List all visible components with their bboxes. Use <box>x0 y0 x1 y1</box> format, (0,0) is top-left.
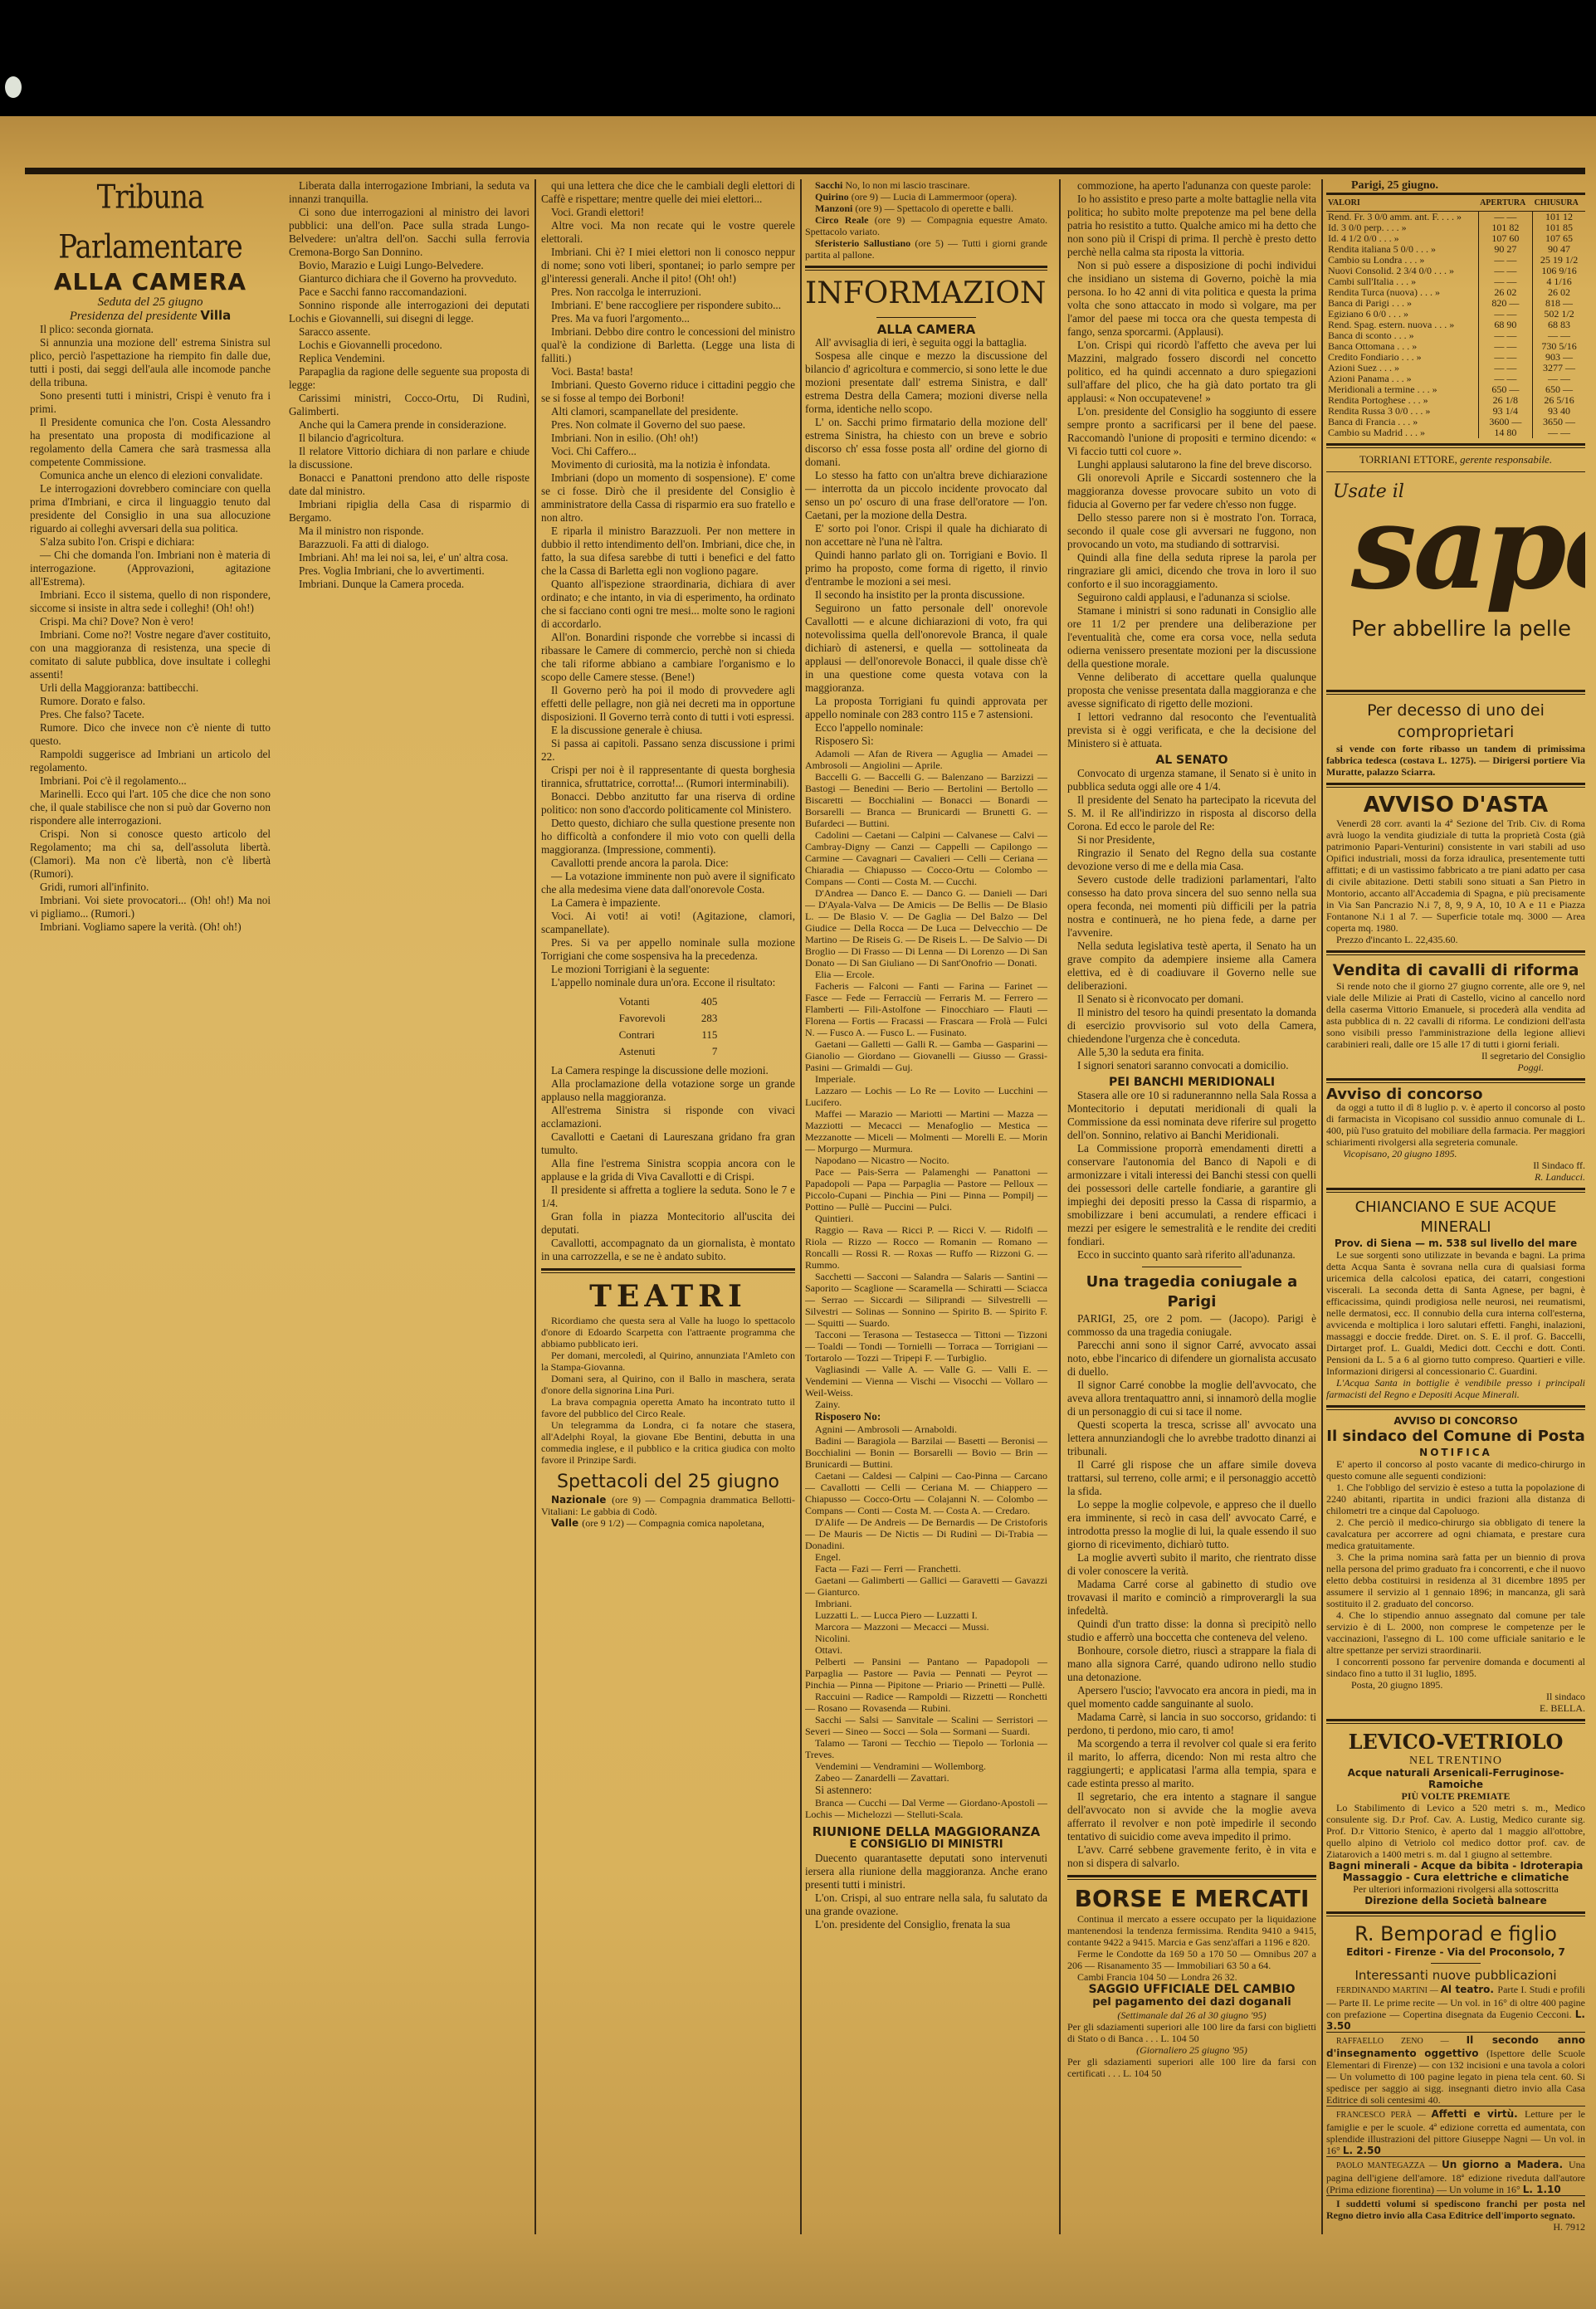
manager-name: TORRIANI ETTORE, <box>1359 453 1457 466</box>
paragraph: Nella seduta legislativa testè aperta, i… <box>1067 940 1316 993</box>
theatre-listing: Quirino (ore 9) — Lucia di Lammermoor (o… <box>805 191 1047 203</box>
vote-names: Marcora — Mazzoni — Mecacci — Mussi. <box>805 1621 1047 1633</box>
paragraph: All' avvisaglia di ieri, è seguita oggi … <box>805 336 1047 349</box>
show-listing: Nazionale (ore 9) — Compagnia drammatica… <box>541 1494 795 1517</box>
paragraph: Il plico: seconda giornata. <box>30 323 271 336</box>
vote-names: Sacchetti — Sacconi — Salandra — Salaris… <box>805 1271 1047 1329</box>
binding-hole-top <box>5 76 22 98</box>
vote-si-names: Adamoli — Afan de Rivera — Agugliа — Ama… <box>805 748 1047 1410</box>
horses-signature-role: Il segretario del Consiglio <box>1326 1050 1585 1062</box>
paragraph: Le interrogazioni dovrebbero cominciare … <box>30 482 271 535</box>
venue-name: Sferisterio Sallustiano <box>815 237 915 249</box>
paragraph: Ecco l'appello nominale: <box>805 721 1047 735</box>
paragraph: Imbriani. Vogliamo sapere la verità. (Oh… <box>30 920 271 934</box>
column-rule <box>534 179 536 2234</box>
divider <box>1326 783 1585 788</box>
divider <box>805 266 1047 271</box>
vote-count: 115 <box>700 1028 719 1042</box>
levico-contact: Per ulteriori informazioni rivolgersi al… <box>1326 1883 1585 1895</box>
paragraph: Bonacci e Panattoni prendono atto delle … <box>289 471 530 498</box>
vote-names: Baccelli G. — Baccelli G. — Balenzano — … <box>805 771 1047 829</box>
paragraph: I lettori vedranno dal resoconto che l'e… <box>1067 710 1316 750</box>
divider <box>1326 1188 1585 1193</box>
paragraph: Bonacci. Debbo anzitutto far una riserva… <box>541 790 795 817</box>
paragraph: Lochis e Giovannelli procedono. <box>289 339 530 352</box>
auction-title: AVVISO D'ASTA <box>1326 793 1585 818</box>
vote-names: D'Alife — De Andreis — De Bernardis — De… <box>805 1516 1047 1551</box>
auction-ad: AVVISO D'ASTA Venerdì 28 corr. avanti la… <box>1326 793 1585 945</box>
column-rule <box>1059 179 1061 2234</box>
quotes-header-open: APERTURA <box>1478 194 1532 212</box>
manager-line: TORRIANI ETTORE, gerente responsabile. <box>1326 453 1585 466</box>
paragraph: Gran folla in piazza Montecitorio all'us… <box>541 1210 795 1237</box>
levico-services1: Bagni minerali - Acque da bibita - Idrot… <box>1326 1860 1585 1872</box>
crispi-speech: commozione, ha aperto l'adunanza con que… <box>1067 179 1316 750</box>
levico-ad: LEVICO-VETRIOLO NEL TRENTINO Acque natur… <box>1326 1729 1585 1906</box>
paragraph: L'on. Crispi, al suo entrare nella sala,… <box>805 1892 1047 1918</box>
vote-names: Facheris — Falconi — Fanti — Farina — Fa… <box>805 980 1047 1038</box>
vote-names: Tacconi — Terasona — Testasecca — Titton… <box>805 1329 1047 1364</box>
vote-names: Raccuini — Radice — Rampoldi — Rizzetti … <box>805 1691 1047 1714</box>
paragraph: Seguirono un fatto personale dell' onore… <box>805 602 1047 695</box>
vote-names: Facta — Fazi — Ferri — Franchetti. <box>805 1563 1047 1574</box>
levico-title: LEVICO-VETRIOLO <box>1326 1729 1585 1755</box>
paragraph: Il ministro del tesoro ha quindi present… <box>1067 1006 1316 1046</box>
vote-names: Maffei — Marazio — Mariotti — Martini — … <box>805 1108 1047 1154</box>
paragraph: L'on. presidente del Consiglio, frenata … <box>805 1918 1047 1931</box>
vote-names: Raggio — Rava — Ricci P. — Ricci V. — Ri… <box>805 1224 1047 1271</box>
informazioni-heading: INFORMAZIONI <box>805 276 1047 312</box>
paragraph: Lo stesso ha fatto con un'altra breve di… <box>805 469 1047 522</box>
paragraph: Imbriani (dopo un momento di sospensione… <box>541 471 795 525</box>
horses-title: Vendita di cavalli di riforma <box>1326 960 1585 980</box>
vote-no-names: Agnini — Ambrosoli — Arnaboldi.Badini — … <box>805 1423 1047 1784</box>
paragraph: Pres. Non colmate il Governo del suo pae… <box>541 418 795 432</box>
theatre-listings: Sacchi No, lo non mi lascio trascinare.Q… <box>805 179 1047 261</box>
paragraph: Parapaglia da ragione delle seguente sua… <box>289 365 530 392</box>
bemporad-ad: R. Bemporad e figlio Editori - Firenze -… <box>1326 1921 1585 2233</box>
paragraph: Cambi Francia 104 50 — Londra 26 32. <box>1067 1971 1316 1983</box>
paragraph: Pres. Si va per appello nominale sulla m… <box>541 936 795 963</box>
paragraph: Replica Vendemini. <box>289 352 530 365</box>
paragraph: Madama Carrè, si lancia in suo soccorso,… <box>1067 1711 1316 1737</box>
quote-open: — — <box>1478 212 1532 223</box>
senate-text: Convocato di urgenza stamane, il Senato … <box>1067 767 1316 1072</box>
divider <box>541 1268 795 1273</box>
book-author: PAOLO MANTEGAZZA — <box>1336 2161 1442 2170</box>
book-author: FRANCESCO PERÀ — <box>1336 2111 1431 2120</box>
bemporad-section: Interessanti nuove pubblicazioni <box>1326 1969 1585 1982</box>
paragraph: Urli della Maggioranza: battibecchi. <box>30 681 271 695</box>
paragraph: Crispi. Non si conosce questo articolo d… <box>30 827 271 881</box>
pharmacist-signature-role: Il Sindaco ff. <box>1326 1159 1585 1171</box>
paragraph: Duecento quarantasette deputati sono int… <box>805 1852 1047 1892</box>
newspaper-page: Tribuna Parlamentare ALLA CAMERA Seduta … <box>0 116 1596 2309</box>
paragraph: Imbriani. Chi è? I miei elettori non li … <box>541 246 795 286</box>
sapol-tagline: Per abbellire la pelle <box>1351 622 1571 636</box>
levico-signature: Direzione della Società balneare <box>1326 1895 1585 1906</box>
theatre-paragraph: Domani sera, al Quirino, con il Ballo in… <box>541 1373 795 1396</box>
ornament <box>1142 1267 1242 1267</box>
posta-place-date: Posta, 20 giugno 1895. <box>1326 1679 1585 1691</box>
paragraph: Ferme le Condotte da 169 50 a 170 50 — O… <box>1067 1948 1316 1971</box>
paragraph: Barazzuoli. Fa atti di dialogo. <box>289 538 530 551</box>
paragraph: Rampoldi suggerisce ad Imbriani un artic… <box>30 748 271 774</box>
vote-names: Napodano — Nicastro — Nocito. <box>805 1154 1047 1166</box>
vote-result-row: Favorevoli283 <box>618 1011 719 1026</box>
horses-signature-name: Poggi. <box>1326 1062 1585 1073</box>
paragraph: Saracco assente. <box>289 325 530 339</box>
paragraph: Parecchi anni sono il signor Carré, avvo… <box>1067 1339 1316 1379</box>
pharmacist-signature-name: R. Landucci. <box>1326 1171 1585 1183</box>
quote-row: Rend. Fr. 3 0/0 amm. ant. F. . . . »— —1… <box>1326 212 1585 223</box>
book-price: L. 1.10 <box>1523 2184 1561 2195</box>
column-ads: Parigi, 25 giugno. VALORI APERTURA CHIUS… <box>1326 179 1585 2243</box>
paragraph: E riparla il ministro Barazzuoli. Per no… <box>541 525 795 578</box>
divider <box>1326 443 1585 448</box>
vote-names: Agnini — Ambrosoli — Arnaboldi. <box>805 1423 1047 1435</box>
paragraph: Carissimi ministri, Cocco-Ortu, Di Rudin… <box>289 392 530 418</box>
paragraph: L'on. presidente del Consiglio ha soggiu… <box>1067 405 1316 458</box>
paragraph: Pres. Ma va fuori l'argomento... <box>541 312 795 325</box>
paragraph: Imbriani. Questo Governo riduce i cittad… <box>541 378 795 405</box>
session-date: Seduta del 25 giugno <box>30 295 271 309</box>
paragraph: Ci sono due interrogazioni al ministro d… <box>289 206 530 259</box>
paragraph: Dello stesso parere non si è mostrato l'… <box>1067 511 1316 551</box>
president-name: Villa <box>200 308 231 323</box>
quote-name: Rend. Fr. 3 0/0 amm. ant. F. . . . » <box>1326 212 1478 223</box>
quote-close: — — <box>1533 427 1585 438</box>
book-entry: PAOLO MANTEGAZZA — Un giorno a Madera. U… <box>1326 2159 1585 2196</box>
paragraph: Voci. Chi Caffero... <box>541 445 795 458</box>
theatre-paragraph: La brava compagnia operetta Amato ha inc… <box>541 1396 795 1419</box>
vote-names: Engel. <box>805 1551 1047 1563</box>
vote-names: Adamoli — Afan de Rivera — Agugliа — Ama… <box>805 748 1047 771</box>
vote-names: Nicolini. <box>805 1633 1047 1644</box>
venue-name: Valle <box>551 1517 582 1529</box>
vote-names: Elia — Ercole. <box>805 969 1047 980</box>
exchange-period: (Settimanale dal 26 al 30 giugno '95) <box>1067 2009 1316 2021</box>
banks-heading: PEI BANCHI MERIDIONALI <box>1067 1076 1316 1089</box>
paragraph: Ma il ministro non risponde. <box>289 525 530 538</box>
theatre-paragraph: Per domani, mercoledì, al Quirino, annun… <box>541 1350 795 1373</box>
paragraph: Ringrazio il Senato del Regno della sua … <box>1067 847 1316 873</box>
paragraph: Pace e Sacchi fanno raccomandazioni. <box>289 286 530 299</box>
paragraph: Bonhoure, corsole dietro, riuscì a strap… <box>1067 1644 1316 1684</box>
paragraph: Non si può essere a disposizione di poch… <box>1067 259 1316 339</box>
theatre-listing: Sacchi No, lo non mi lascio trascinare. <box>805 179 1047 191</box>
paragraph: Seguirono caldi applausi, e l'adunanza s… <box>1067 591 1316 604</box>
paragraph: Io ho assistito e preso parte a molte ba… <box>1067 193 1316 259</box>
paragraph: Stasera alle ore 10 si radunerannno nell… <box>1067 1089 1316 1142</box>
column-rule <box>1321 179 1323 2234</box>
posta-condition: 4. Che lo stipendio annuo assegnato dal … <box>1326 1609 1585 1656</box>
top-rule <box>25 168 1585 174</box>
sapol-brand: sapol <box>1351 486 1585 610</box>
vote-names: Vendemini — Vendramini — Wollemborg. <box>805 1760 1047 1772</box>
parliament-report-cont: Liberata dalla interrogazione Imbriani, … <box>289 179 530 591</box>
paragraph: Quanto all'ispezione straordinaria, dich… <box>541 578 795 631</box>
vote-names: Caetani — Caldesi — Calpini — Cao-Pinna … <box>805 1470 1047 1516</box>
vote-names: Vagliasindi — Valle A. — Valle G. — Vall… <box>805 1364 1047 1399</box>
paragraph: Imbriani. Ecco il sistema, quello di non… <box>30 588 271 615</box>
paragraph: commozione, ha aperto l'adunanza con que… <box>1067 179 1316 193</box>
paragraph: Ma scorgendo a terra il revolver col qua… <box>1067 1737 1316 1790</box>
theatre-listing: Manzoni (ore 9) — Spettacolo di operette… <box>805 203 1047 214</box>
paragraph: Cavallotti e Caetani di Laureszana grida… <box>541 1130 795 1157</box>
horses-ad: Vendita di cavalli di riforma Si rende n… <box>1326 960 1585 1073</box>
paragraph: PARIGI, 25, ore 2 pom. — (Jacopo). Parig… <box>1067 1312 1316 1339</box>
exchange-period: (Giornaliero 25 giugno '95) <box>1067 2044 1316 2056</box>
posta-intro: E' aperto il concorso al posto vacante d… <box>1326 1458 1585 1482</box>
vote-result-row: Votanti405 <box>618 994 719 1009</box>
paragraph: Bovio, Marazio e Luigi Lungo-Belvedere. <box>289 259 530 272</box>
paragraph: La Commissione proporrà emendamenti dire… <box>1067 1142 1316 1248</box>
vote-count: 7 <box>700 1044 719 1059</box>
paragraph: Il bilancio d'agricoltura. <box>289 432 530 445</box>
paragraph: Si passa ai capitoli. Passano senza disc… <box>541 737 795 764</box>
paragraph: Il relatore Vittorio dichiara di non par… <box>289 445 530 471</box>
paragraph: Comunica anche un elenco di elezioni con… <box>30 469 271 482</box>
informazioni-subheading: ALLA CAMERA <box>805 323 1047 336</box>
paragraph: Marinelli. Ecco qui l'art. 105 che dice … <box>30 788 271 827</box>
paragraph: Voci. Basta! basta! <box>541 365 795 378</box>
book-title: Un giorno a Madera. <box>1442 2159 1569 2170</box>
tragedy-heading: Una tragedia coniugale a Parigi <box>1067 1272 1316 1312</box>
book-list: FERDINANDO MARTINI — Al teatro. Parte I.… <box>1326 1984 1585 2196</box>
vote-no-heading: Risposero No: <box>805 1410 1047 1423</box>
newspaper-sheet: Tribuna Parlamentare ALLA CAMERA Seduta … <box>25 168 1585 2243</box>
abstain-heading: Si astennero: <box>805 1784 1047 1797</box>
paragraph: Detto questo, dichiaro che sulla questio… <box>541 817 795 857</box>
posta-conditions: 1. Che l'obbligo del servizio è esteso a… <box>1326 1482 1585 1656</box>
vote-names: D'Andrea — Danco E. — Danco G. — Danieli… <box>805 887 1047 969</box>
quote-row: Cambio su Madrid . . . »14 80— — <box>1326 427 1585 438</box>
paragraph: Sonnino risponde alle interrogazioni dei… <box>289 299 530 325</box>
quotes-header-values: VALORI <box>1326 194 1478 212</box>
posta-condition: 2. Che perciò il medico-chirurgo sia obb… <box>1326 1516 1585 1551</box>
paragraph: E la discussione generale è chiusa. <box>541 724 795 737</box>
levico-services2: Massaggio - Cura elettriche e climatiche <box>1326 1872 1585 1883</box>
paragraph: Pres. Non raccolga le interruzioni. <box>541 286 795 299</box>
column-parliament-3: qui una lettera che dice che le cambiali… <box>541 179 795 2243</box>
paragraph: Quindi d'un tratto disse: la donna sì pr… <box>1067 1618 1316 1644</box>
posta-title: Il sindaco del Comune di Posta <box>1326 1427 1585 1447</box>
paragraph: Il segretario, che era intento a stagnar… <box>1067 1790 1316 1843</box>
theatre-paragraph: Un telegramma da Londra, ci fa notare ch… <box>541 1419 795 1466</box>
paragraph: Liberata dalla interrogazione Imbriani, … <box>289 179 530 206</box>
paragraph: La Camera respinge la discussione delle … <box>541 1064 795 1077</box>
bemporad-title: R. Bemporad e figlio <box>1326 1921 1585 1946</box>
posta-condition: 3. Che la prima nomina sarà fatta per un… <box>1326 1551 1585 1609</box>
levico-text: Lo Stabilimento di Levico a 520 metri s.… <box>1326 1802 1585 1860</box>
paragraph: Imbriani. Dunque la Camera proceda. <box>289 578 530 591</box>
column-news: commozione, ha aperto l'adunanza con que… <box>1067 179 1316 2243</box>
parliament-sacchi: qui una lettera che dice che le cambiali… <box>541 179 795 764</box>
column-parliament: Tribuna Parlamentare ALLA CAMERA Seduta … <box>30 179 271 2243</box>
paragraph: Alla proclamazione della votazione sorge… <box>541 1077 795 1104</box>
divider <box>1326 1405 1585 1410</box>
paragraph: Movimento di curiosità, ma la notizia è … <box>541 458 795 471</box>
paragraph: Apersero l'uscio; l'avvocato era ancora … <box>1067 1684 1316 1711</box>
paragraph: Imbriani. Debbo dire contro le concessio… <box>541 325 795 365</box>
paragraph: Si nor Presidente, <box>1067 833 1316 847</box>
parliament-after-vote: La Camera respinge la discussione delle … <box>541 1064 795 1263</box>
paragraph: Il signor Carré conobbe la moglie dell'a… <box>1067 1379 1316 1418</box>
meeting-subheading: E CONSIGLIO DI MINISTRI <box>805 1838 1047 1852</box>
posta-condition: 1. Che l'obbligo del servizio è esteso a… <box>1326 1482 1585 1516</box>
exchange-value: Per gli sdaziamenti superiori alle 100 l… <box>1067 2056 1316 2079</box>
posta-signature-role: Il sindaco <box>1326 1691 1585 1702</box>
horses-text: Si rende noto che il giorno 27 giugno co… <box>1326 980 1585 1050</box>
show-listing: Valle (ore 9 1/2) — Compagnia comica nap… <box>541 1517 795 1529</box>
masthead: Tribuna Parlamentare <box>30 179 271 272</box>
paragraph: Sono presenti tutti i ministri, Crispi è… <box>30 389 271 416</box>
paragraph: Pres. Che falso? Tacete. <box>30 708 271 721</box>
posta-ad: AVVISO DI CONCORSO Il sindaco del Comune… <box>1326 1415 1585 1714</box>
paragraph: Cavallotti, accompagnato da un giornalis… <box>541 1237 795 1263</box>
vote-result-table: Votanti405Favorevoli283Contrari115Astenu… <box>617 993 720 1061</box>
vote-names: Imperiale. <box>805 1073 1047 1085</box>
paragraph: Venne deliberato di accettare quella qua… <box>1067 671 1316 710</box>
vote-result-row: Contrari115 <box>618 1028 719 1042</box>
paragraph: All'on. Bonardini risponde che vorrebbe … <box>541 631 795 684</box>
paragraph: Imbriani ripiglia della Casa di risparmi… <box>289 498 530 525</box>
paragraph: Continua il mercato a essere occupato pe… <box>1067 1913 1316 1948</box>
book-entry: FRANCESCO PERÀ — Affetti e virtù. Lettur… <box>1326 2108 1585 2157</box>
quote-name: Cambio su Madrid . . . » <box>1326 427 1478 438</box>
market-text: Continua il mercato a essere occupato pe… <box>1067 1913 1316 1983</box>
posta-closing: I concorrenti possono far pervenire doma… <box>1326 1656 1585 1679</box>
theatre-news: Ricordiamo che questa sera al Valle ha l… <box>541 1315 795 1466</box>
vote-names: Zabeo — Zanardelli — Zavattari. <box>805 1772 1047 1784</box>
vote-names: Lazzaro — Lochis — Lo Re — Lovito — Lucc… <box>805 1085 1047 1108</box>
paragraph: Lunghi applausi salutarono la fine del b… <box>1067 458 1316 471</box>
paragraph: Imbriani. E' bene raccogliere per rispon… <box>541 299 795 312</box>
vote-names: Gaetani — Galletti — Galli R. — Gamba — … <box>805 1038 1047 1073</box>
pharmacist-title: Avviso di concorso <box>1326 1088 1585 1101</box>
paragraph: Il Presidente comunica che l'on. Costa A… <box>30 416 271 469</box>
paragraph: Altre voci. Ma non recate qui le vostre … <box>541 219 795 246</box>
theatre-listing: Sferisterio Sallustiano (ore 5) — Tutti … <box>805 237 1047 261</box>
presidency-text: Presidenza del presidente <box>70 310 198 323</box>
paragraph: L'on. Crispi qui ricordò l'affetto che a… <box>1067 339 1316 405</box>
paragraph: Severo custode delle tradizioni parlamen… <box>1067 873 1316 940</box>
vote-names: Imbriani. <box>805 1598 1047 1609</box>
paragraph: Imbriani. Ah! ma lei noi sa, lei, e' un'… <box>289 551 530 564</box>
vote-names: Gaetani — Galimberti — Gallici — Garavet… <box>805 1574 1047 1598</box>
paragraph: Stamane i ministri si sono radunati in C… <box>1067 604 1316 671</box>
levico-line1: Acque naturali Arsenicali-Ferruginose-Ra… <box>1326 1767 1585 1790</box>
paragraph: Crispi. Ma chi? Dove? Non è vero! <box>30 615 271 628</box>
paragraph: I signori senatori saranno convocati a d… <box>1067 1059 1316 1072</box>
book-price: L. 2.50 <box>1343 2145 1381 2156</box>
tandem-sale-ad: Per decesso di uno dei comproprietari si… <box>1326 700 1585 778</box>
paragraph: Si annunzia una mozione dell' estrema Si… <box>30 336 271 389</box>
book-entry: RAFFAELLO ZENO — Il secondo anno d'inseg… <box>1326 2034 1585 2106</box>
paragraph: Quindi hanno parlato gli on. Torrigiani … <box>805 549 1047 588</box>
paragraph: Cavallotti prende ancora la parola. Dice… <box>541 857 795 870</box>
column-parliament-2: Liberata dalla interrogazione Imbriani, … <box>289 179 530 2243</box>
book-author: FERDINANDO MARTINI — <box>1336 1986 1441 1995</box>
shows-list: Nazionale (ore 9) — Compagnia drammatica… <box>541 1494 795 1529</box>
presidency-line: Presidenza del presidente Villa <box>30 309 271 323</box>
chianciano-subtitle: Prov. di Siena — m. 538 sul livello del … <box>1326 1237 1585 1249</box>
informazioni-text: All' avvisaglia di ieri, è seguita oggi … <box>805 336 1047 735</box>
bemporad-subtitle: Editori - Firenze - Via del Proconsolo, … <box>1326 1946 1585 1958</box>
pharmacist-text: da oggi a tutto il dì 8 luglio p. v. è a… <box>1326 1101 1585 1148</box>
paragraph: Gianturco dichiara che il Governo ha pro… <box>289 272 530 286</box>
vote-label: Contrari <box>618 1028 699 1042</box>
venue-name: Sacchi <box>815 179 845 191</box>
paragraph: qui una lettera che dice che le cambiali… <box>541 179 795 206</box>
exchange-row: (Giornaliero 25 giugno '95)Per gli sdazi… <box>1067 2044 1316 2079</box>
divider <box>1067 1875 1316 1880</box>
levico-subtitle: NEL TRENTINO <box>1326 1755 1585 1767</box>
column-rule <box>800 179 802 2234</box>
vote-count: 405 <box>700 994 719 1009</box>
theatre-paragraph: Ricordiamo che questa sera al Valle ha l… <box>541 1315 795 1350</box>
exchange-rates: (Settimanale dal 26 al 30 giugno '95)Per… <box>1067 2009 1316 2079</box>
ornament <box>876 317 976 318</box>
divider <box>1326 1078 1585 1083</box>
banks-text: Stasera alle ore 10 si radunerannno nell… <box>1067 1089 1316 1262</box>
market-heading: BORSE E MERCATI <box>1067 1885 1316 1913</box>
book-entry: FERDINANDO MARTINI — Al teatro. Parte I.… <box>1326 1984 1585 2033</box>
vote-label: Astenuti <box>618 1044 699 1059</box>
paragraph: Quindi alla fine della seduta riprese la… <box>1067 551 1316 591</box>
paragraph: Il Governo però ha poi il modo di provve… <box>541 684 795 724</box>
chianciano-ad: CHIANCIANO E SUE ACQUE MINERALI Prov. di… <box>1326 1198 1585 1400</box>
paragraph: Rumore. Dorato e falso. <box>30 695 271 708</box>
pharmacist-ad: Avviso di concorso da oggi a tutto il dì… <box>1326 1088 1585 1183</box>
theatre-listing: Circo Reale (ore 9) — Compagnia equestre… <box>805 214 1047 237</box>
tragedy-text: PARIGI, 25, ore 2 pom. — (Jacopo). Parig… <box>1067 1312 1316 1870</box>
paragraph: S'alza subito l'on. Crispi e dichiara: <box>30 535 271 549</box>
ornament <box>1431 1963 1481 1964</box>
abstained-names: Branca — Cucchi — Dal Verme — Giordano-A… <box>805 1797 1047 1820</box>
vote-names: Cadolini — Caetani — Calpini — Calvanese… <box>805 829 1047 887</box>
paragraph: Voci. Ai voti! ai voti! (Agitazione, cla… <box>541 910 795 936</box>
vote-names: Pace — Pais-Serra — Palamenghi — Panatto… <box>805 1166 1047 1213</box>
paragraph: L'appello nominale dura un'ora. Eccone i… <box>541 976 795 989</box>
vote-label: Votanti <box>618 994 699 1009</box>
chianciano-title: CHIANCIANO E SUE ACQUE MINERALI <box>1326 1198 1585 1237</box>
paragraph: Gli onorevoli Aprile e Siccardi sostenne… <box>1067 471 1316 511</box>
book-title: Al teatro. <box>1441 1984 1498 1995</box>
paragraph: La Camera è impaziente. <box>541 896 795 910</box>
book-author: RAFFAELLO ZENO — <box>1336 2037 1467 2046</box>
paragraph: Il secondo ha insistito per la pronta di… <box>805 588 1047 602</box>
paragraph: Il presidente si affretta a togliere la … <box>541 1184 795 1210</box>
shows-heading: Spettacoli del 25 giugno <box>541 1471 795 1494</box>
pharmacist-place-date: Vicopisano, 20 giugno 1895. <box>1326 1148 1585 1159</box>
posta-subtitle: NOTIFICA <box>1326 1447 1585 1458</box>
paragraph: — La votazione imminente non può avere i… <box>541 870 795 896</box>
paragraph: Crispi per noi è il rappresentante di qu… <box>541 764 795 790</box>
paragraph: La proposta Torrigiani fu quindi approva… <box>805 695 1047 721</box>
quotes-header-close: CHIUSURA <box>1533 194 1585 212</box>
senate-heading: AL SENATO <box>1067 754 1316 767</box>
vote-si-heading: Risposero Sì: <box>805 735 1047 748</box>
paragraph: E' sorto poi l'onor. Crispi il quale ha … <box>805 522 1047 549</box>
venue-name: Quirino <box>815 191 852 203</box>
paragraph: Questi scoperta la tresca, scrisse all' … <box>1067 1418 1316 1458</box>
vote-names: Badini — Baragiola — Barzilai — Basetti … <box>805 1435 1047 1470</box>
vote-names: Pelberti — Pansini — Pantano — Papadopol… <box>805 1656 1047 1691</box>
chianciano-text: Le sue sorgenti sono utilizzate in bevan… <box>1326 1249 1585 1377</box>
chianciano-footnote: L'Acqua Santa in bottiglie è vendibile p… <box>1326 1377 1585 1400</box>
